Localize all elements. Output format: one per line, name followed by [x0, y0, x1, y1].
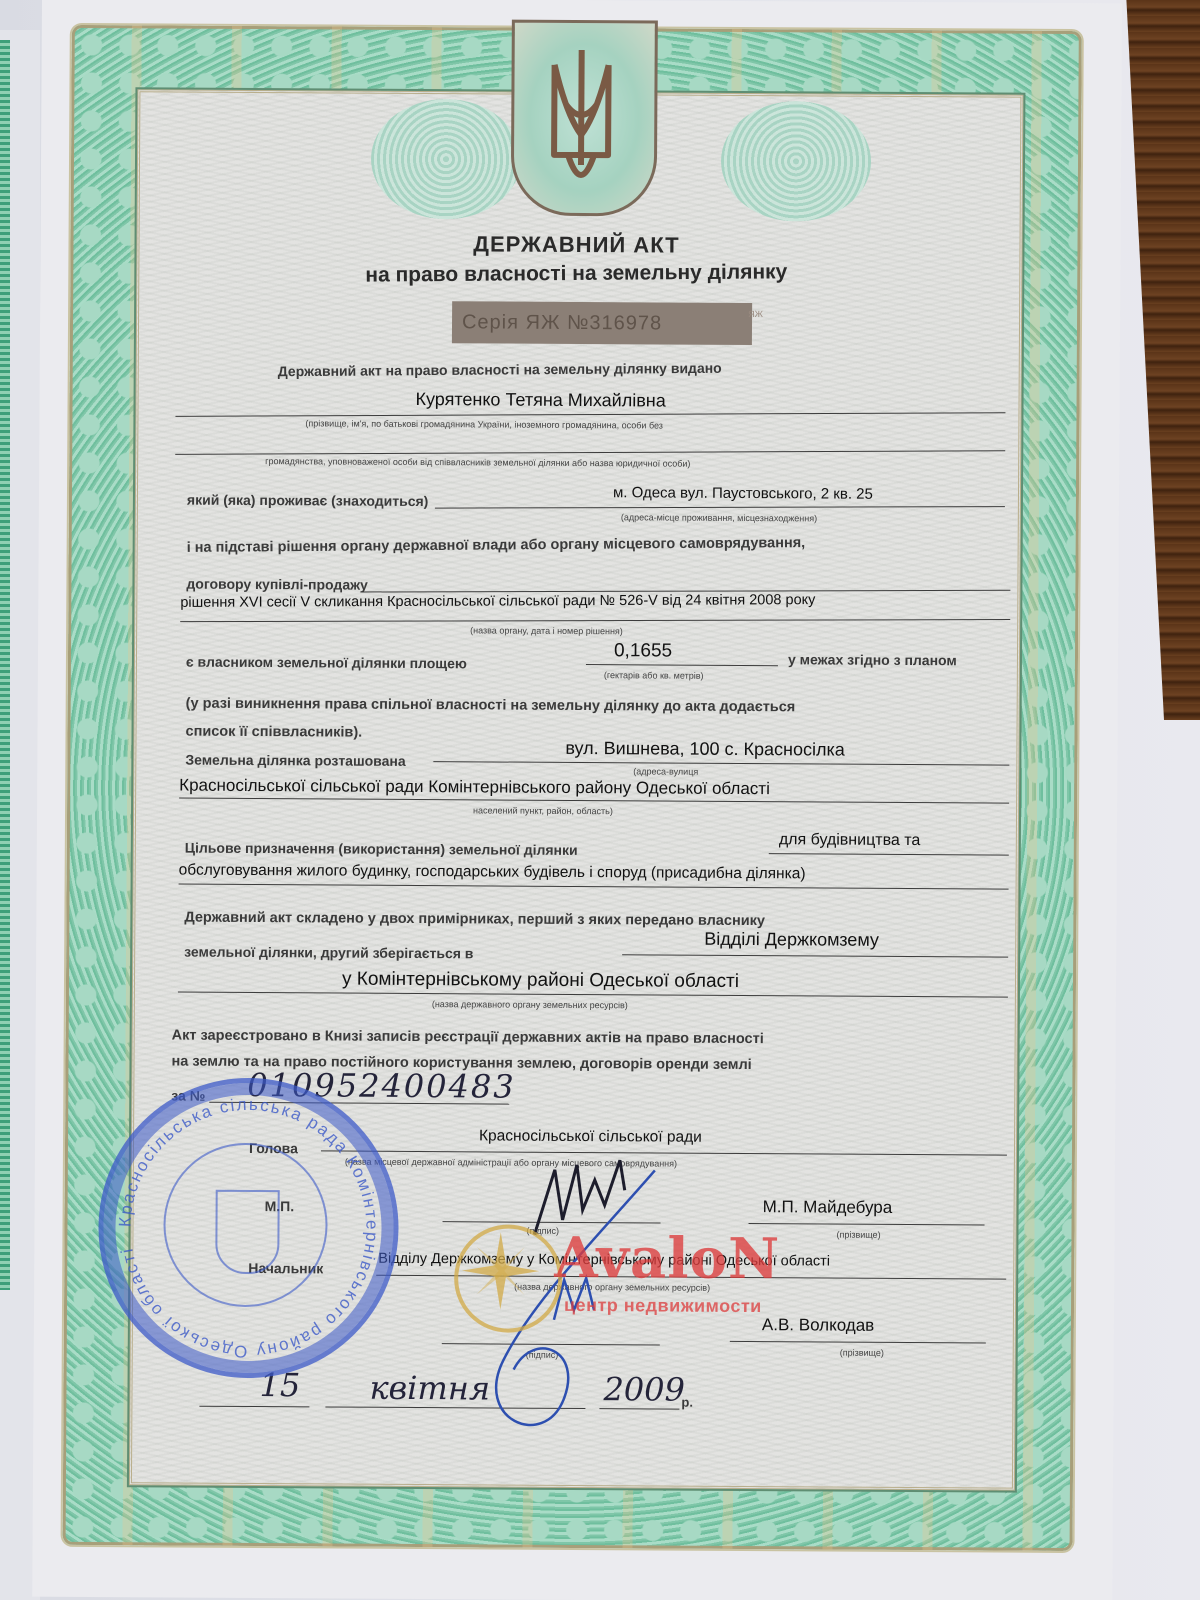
purpose-value-2: обслуговування жилого будинку, господарс…	[179, 862, 806, 884]
copies-value-2: у Комінтернівському районі Одеської обла…	[342, 969, 739, 993]
residence-label: який (яка) проживає (знаходиться)	[187, 492, 429, 509]
residence-value: м. Одеса вул. Паустовського, 2 кв. 25	[613, 484, 873, 503]
copies-line-b	[178, 992, 1008, 998]
head-name-caption: (прізвище)	[836, 1230, 880, 1240]
area-caption: (гектарів або кв. метрів)	[604, 670, 704, 681]
location-line-2	[179, 798, 1009, 804]
purpose-label: Цільове призначення (використання) земел…	[185, 840, 578, 858]
copies-value-1: Відділі Держкомзему	[704, 929, 879, 951]
head-name: М.П. Майдебура	[763, 1197, 893, 1218]
co-ownership-line-2: список її співвласників).	[185, 724, 362, 741]
owner-caption-2: громадянства, уповноваженої особи від сп…	[265, 456, 690, 469]
owner-intro: Державний акт на право власності на земе…	[278, 360, 722, 379]
svg-text:Красносільська сільська рада К: Красносільська сільська рада Комінтернів…	[115, 1094, 383, 1362]
document-subtitle: на право власності на земельну ділянку	[136, 259, 1016, 290]
compass-rose-icon	[454, 1224, 563, 1333]
chief-name-caption: (прізвище)	[840, 1348, 884, 1358]
basis-decision: рішення XVI сесії V скликання Красносіль…	[180, 592, 815, 611]
copies-line-a	[622, 954, 1008, 957]
owner-caption-1: (прізвище, ім'я, по батькові громадянина…	[305, 418, 663, 430]
watermark-tagline: центр недвижимости	[564, 1295, 762, 1317]
purpose-value-1: для будівництва та	[779, 831, 921, 850]
chief-name-line	[730, 1341, 986, 1344]
state-act-document: ДЕРЖАВНИЙ АКТ на право власності на земе…	[32, 0, 1122, 1600]
area-line	[586, 664, 778, 666]
avalon-watermark: AvaloN центр недвижимости	[454, 1224, 815, 1336]
purpose-line-2	[179, 884, 1009, 890]
area-label: є власником земельної ділянки площею	[186, 654, 467, 672]
head-name-line	[749, 1223, 985, 1225]
area-value: 0,1655	[614, 640, 672, 662]
residence-caption: (адреса-місце проживання, місцезнаходжен…	[621, 512, 817, 523]
residence-line	[435, 506, 1005, 508]
wooden-table-background	[1120, 0, 1200, 720]
location-caption-2: населений пункт, район, область)	[473, 805, 613, 816]
head-org-line	[321, 1150, 1007, 1155]
location-line-1	[433, 761, 1009, 766]
head-organization: Красносільської сільської ради	[479, 1127, 702, 1146]
copies-line-2: земельної ділянки, другий зберігається в	[184, 944, 473, 962]
location-value-2: Красносільської сільської ради Комінтерн…	[179, 776, 770, 800]
official-stamp: Красносільська сільська рада Комінтернів…	[98, 1077, 400, 1379]
purpose-line-1	[769, 853, 1009, 855]
document-title: ДЕРЖАВНИЙ АКТ	[136, 229, 1016, 260]
watermark-brand: AvaloN	[554, 1225, 780, 1292]
date-day-line	[199, 1406, 309, 1408]
copies-line-1: Державний акт складено у двох примірника…	[184, 910, 765, 930]
decision-line	[180, 619, 1010, 622]
stamp-text: Красносільська сільська рада Комінтернів…	[103, 1082, 395, 1374]
basis-caption: (назва органу, дата і номер рішення)	[470, 625, 623, 636]
series-number: Серія ЯЖ №316978	[452, 301, 752, 345]
owner-name-line	[175, 412, 1005, 417]
contract-label: договору купівлі-продажу	[186, 576, 368, 593]
area-suffix: у межах згідно з планом	[788, 651, 957, 668]
copies-caption: (назва державного органу земельних ресур…	[432, 999, 628, 1010]
location-value-1: вул. Вишнева, 100 с. Красносілка	[565, 738, 845, 761]
owner-name: Курятенко Тетяна Михайлівна	[415, 389, 665, 412]
series-mark: ЯЖ	[748, 309, 763, 319]
co-ownership-line-1: (у разі виникнення права спільної власно…	[186, 696, 796, 716]
owner-second-line	[175, 450, 1005, 455]
registration-line-1: Акт зареєстровано в Книзі записів реєстр…	[172, 1028, 764, 1048]
adjacent-sheet-border	[0, 40, 10, 1290]
location-label: Земельна ділянка розташована	[185, 752, 405, 769]
basis-intro: і на підставі рішення органу державної в…	[187, 535, 806, 556]
location-caption-1: (адреса-вулиця	[633, 766, 698, 776]
